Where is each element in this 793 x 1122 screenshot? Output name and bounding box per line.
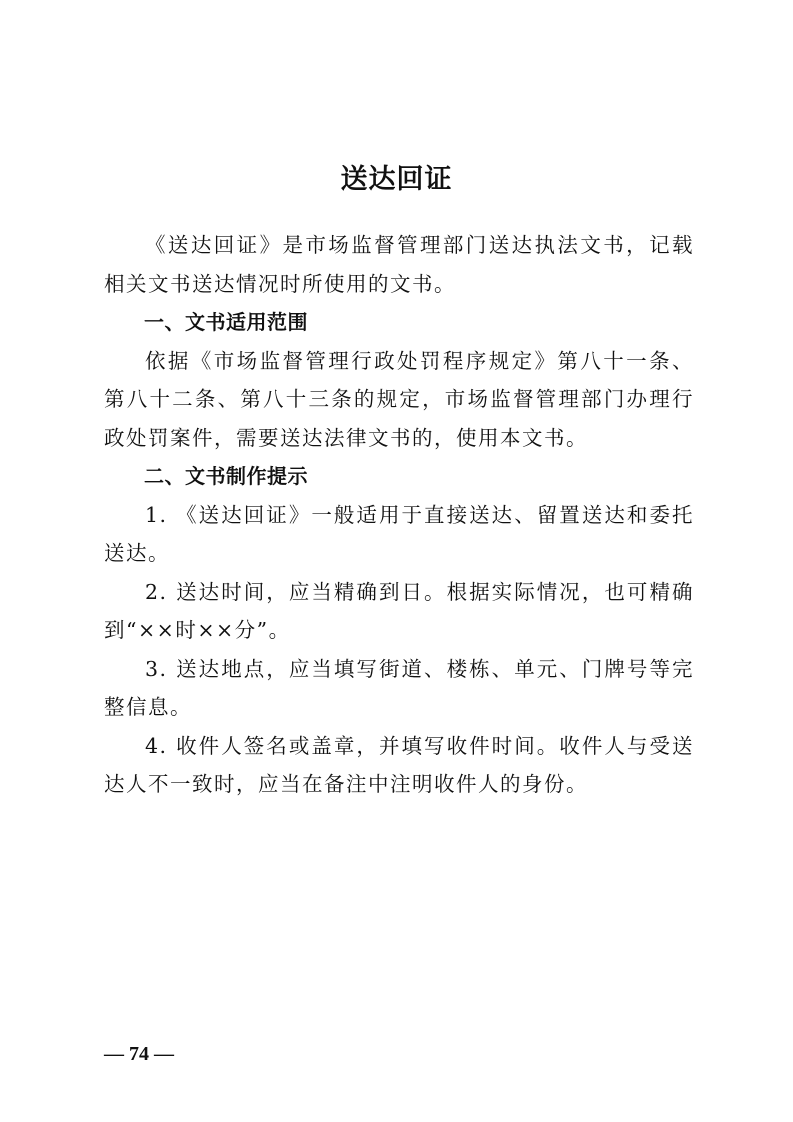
- page-title: 送达回证: [0, 160, 793, 200]
- tip-item-1: 1. 《送达回证》一般适用于直接送达、留置送达和委托送达。: [104, 496, 694, 573]
- intro-paragraph: 《送达回证》是市场监督管理部门送达执法文书，记载相关文书送达情况时所使用的文书。: [104, 226, 694, 303]
- section-heading-scope: 一、文书适用范围: [104, 303, 694, 342]
- section-heading-tips: 二、文书制作提示: [104, 457, 694, 496]
- scope-paragraph: 依据《市场监督管理行政处罚程序规定》第八十一条、第八十二条、第八十三条的规定，市…: [104, 342, 694, 458]
- tip-item-2: 2. 送达时间，应当精确到日。根据实际情况，也可精确到“××时××分”。: [104, 573, 694, 650]
- section-tips: 二、文书制作提示 1. 《送达回证》一般适用于直接送达、留置送达和委托送达。 2…: [104, 457, 694, 804]
- tip-item-4: 4. 收件人签名或盖章，并填写收件时间。收件人与受送达人不一致时，应当在备注中注…: [104, 727, 694, 804]
- section-scope: 一、文书适用范围 依据《市场监督管理行政处罚程序规定》第八十一条、第八十二条、第…: [104, 303, 694, 457]
- tip-item-3: 3. 送达地点，应当填写街道、楼栋、单元、门牌号等完整信息。: [104, 650, 694, 727]
- page-number: — 74 —: [104, 1040, 174, 1068]
- document-body: 《送达回证》是市场监督管理部门送达执法文书，记载相关文书送达情况时所使用的文书。…: [104, 226, 694, 804]
